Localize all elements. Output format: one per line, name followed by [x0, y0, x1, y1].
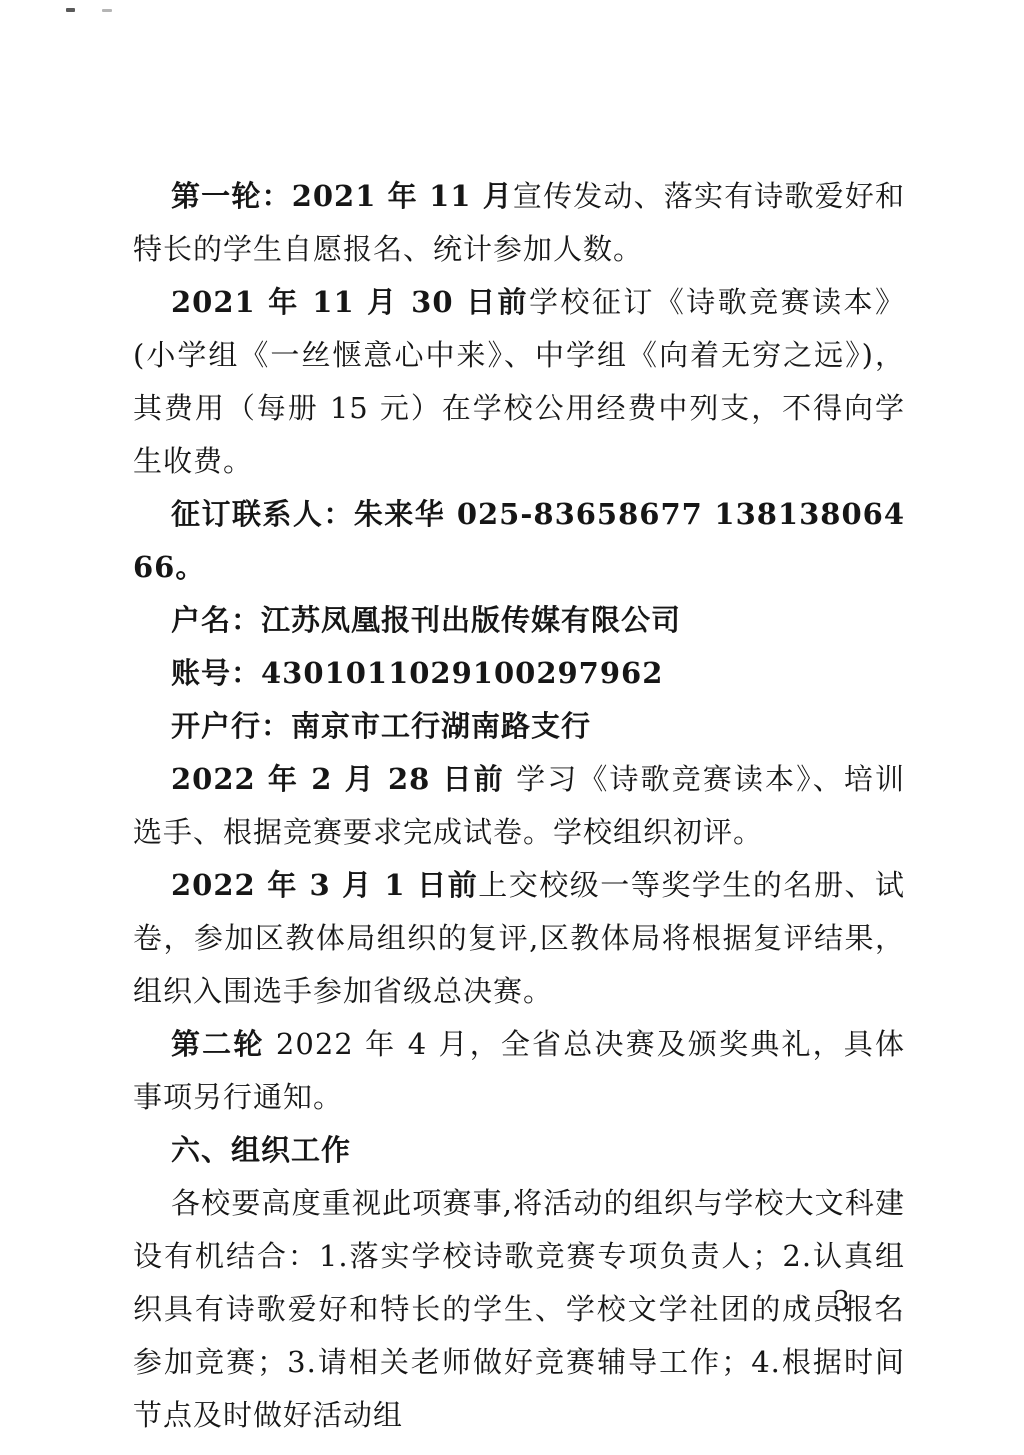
paragraph: 2021 年 11 月 30 日前学校征订《诗歌竞赛读本》(小学组《一丝惬意心中…	[133, 276, 905, 488]
text-run: 2022 年 2 月 28 日前	[171, 762, 505, 796]
text-run: 开户行：南京市工行湖南路支行	[171, 709, 591, 743]
scan-artifact-icon	[102, 9, 112, 12]
paragraph: 2022 年 2 月 28 日前 学习《诗歌竞赛读本》、培训选手、根据竞赛要求完…	[133, 753, 905, 859]
paragraph: 2022 年 3 月 1 日前上交校级一等奖学生的名册、试卷，参加区教体局组织的…	[133, 859, 905, 1018]
text-run: 征订联系人：朱来华 025-83658677 13813806466。	[133, 497, 905, 584]
paragraph: 各校要高度重视此项赛事,将活动的组织与学校大文科建设有机结合：1.落实学校诗歌竞…	[133, 1177, 905, 1442]
paragraph: 开户行：南京市工行湖南路支行	[133, 700, 905, 753]
text-run: 2022 年 3 月 1 日前	[171, 868, 478, 902]
section-heading: 六、组织工作	[133, 1124, 905, 1177]
document-page: 第一轮：2021 年 11 月宣传发动、落实有诗歌爱好和特长的学生自愿报名、统计…	[0, 0, 1024, 1455]
paragraph: 征订联系人：朱来华 025-83658677 13813806466。	[133, 488, 905, 594]
page-number: – 3 –	[795, 1286, 896, 1317]
paragraph: 第一轮：2021 年 11 月宣传发动、落实有诗歌爱好和特长的学生自愿报名、统计…	[133, 170, 905, 276]
document-body: 第一轮：2021 年 11 月宣传发动、落实有诗歌爱好和特长的学生自愿报名、统计…	[133, 170, 905, 1442]
text-run: 第二轮	[171, 1027, 265, 1061]
text-run: 户名：江苏凤凰报刊出版传媒有限公司	[171, 603, 681, 637]
text-run: 各校要高度重视此项赛事,将活动的组织与学校大文科建设有机结合：1.落实学校诗歌竞…	[133, 1186, 905, 1432]
paragraph: 户名：江苏凤凰报刊出版传媒有限公司	[133, 594, 905, 647]
text-run: 账号：4301011029100297962	[171, 656, 663, 690]
scan-artifact-icon	[66, 8, 75, 12]
paragraph: 第二轮 2022 年 4 月，全省总决赛及颁奖典礼，具体事项另行通知。	[133, 1018, 905, 1124]
text-run: 2021 年 11 月 30 日前	[171, 285, 529, 319]
paragraph: 账号：4301011029100297962	[133, 647, 905, 700]
text-run: 第一轮：2021 年 11 月	[171, 179, 513, 213]
text-run: 六、组织工作	[171, 1133, 351, 1167]
